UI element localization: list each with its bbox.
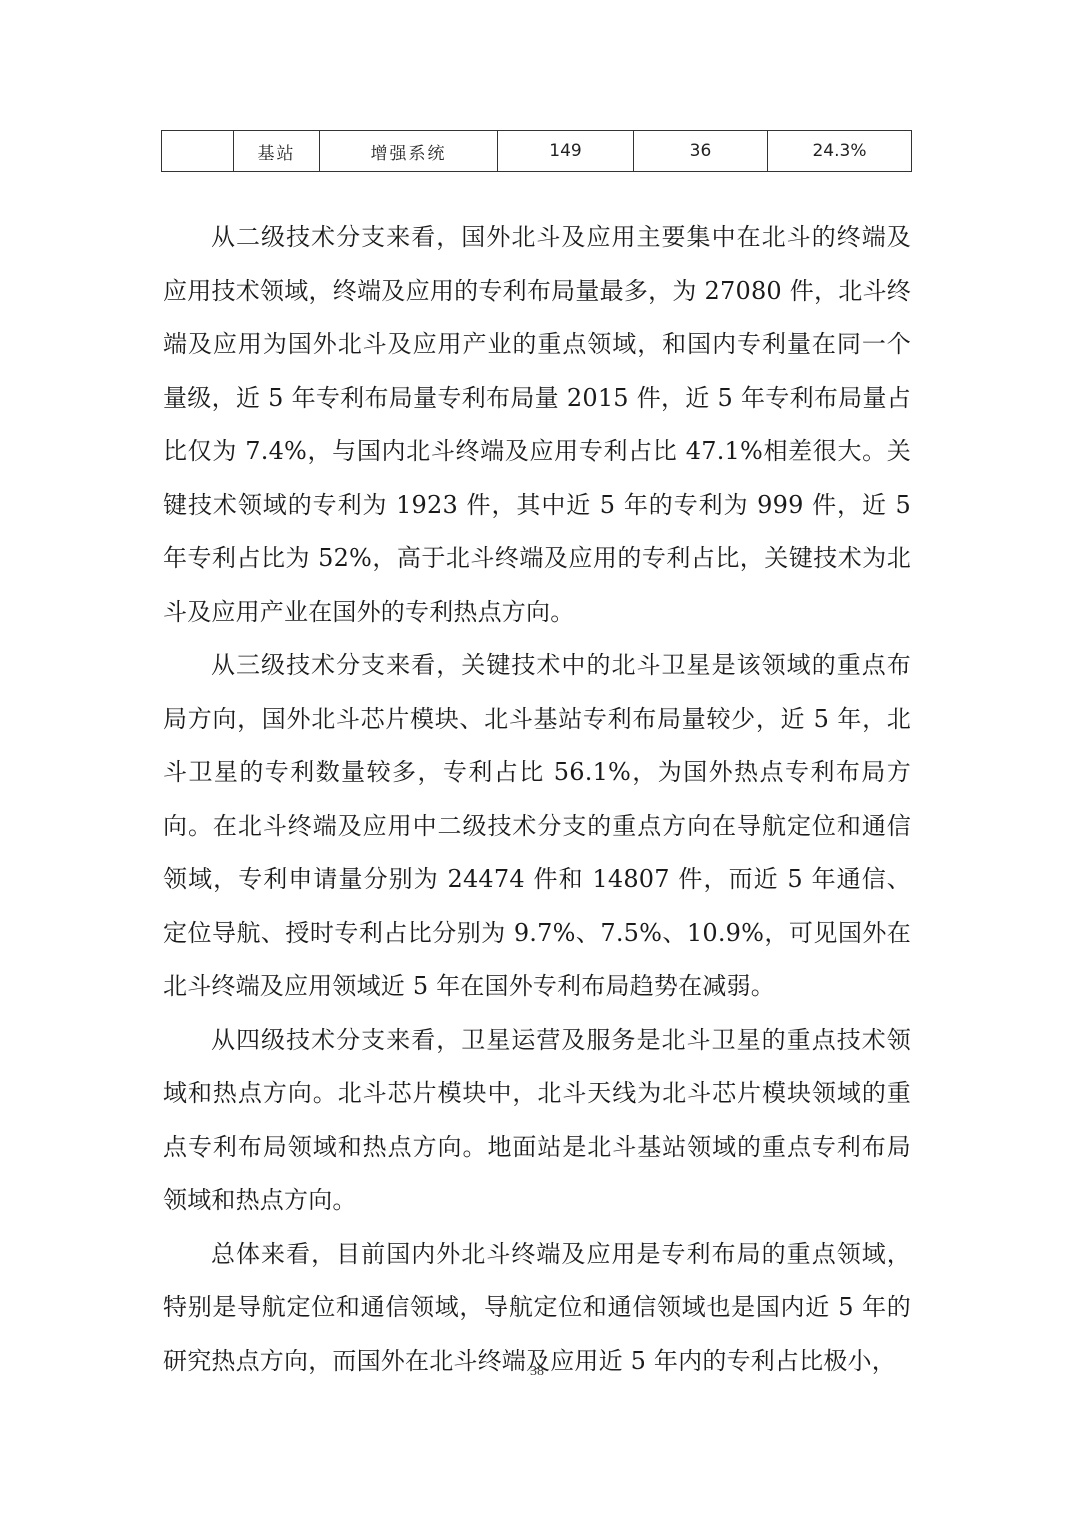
paragraph-level2-analysis: 从二级技术分支来看，国外北斗及应用主要集中在北斗的终端及应用技术领域，终端及应用… bbox=[163, 211, 911, 639]
paragraph-level4-analysis: 从四级技术分支来看，卫星运营及服务是北斗卫星的重点技术领域和热点方向。北斗芯片模… bbox=[163, 1014, 911, 1228]
patent-table-fragment: 基站 增强系统 149 36 24.3% bbox=[161, 130, 912, 172]
table-cell-level4: 增强系统 bbox=[320, 131, 498, 172]
document-page: 基站 增强系统 149 36 24.3% 从二级技术分支来看，国外北斗及应用主要… bbox=[0, 0, 1074, 1520]
table-cell-level2 bbox=[162, 131, 234, 172]
body-text: 从二级技术分支来看，国外北斗及应用主要集中在北斗的终端及应用技术领域，终端及应用… bbox=[163, 211, 911, 1388]
paragraph-level3-analysis: 从三级技术分支来看，关键技术中的北斗卫星是该领域的重点布局方向，国外北斗芯片模块… bbox=[163, 639, 911, 1014]
table-cell-level3: 基站 bbox=[234, 131, 320, 172]
table-cell-ratio: 24.3% bbox=[768, 131, 912, 172]
table-cell-recent5: 36 bbox=[634, 131, 768, 172]
table-cell-total: 149 bbox=[498, 131, 634, 172]
table-row: 基站 增强系统 149 36 24.3% bbox=[162, 131, 912, 172]
page-number: 38 bbox=[0, 1364, 1074, 1380]
